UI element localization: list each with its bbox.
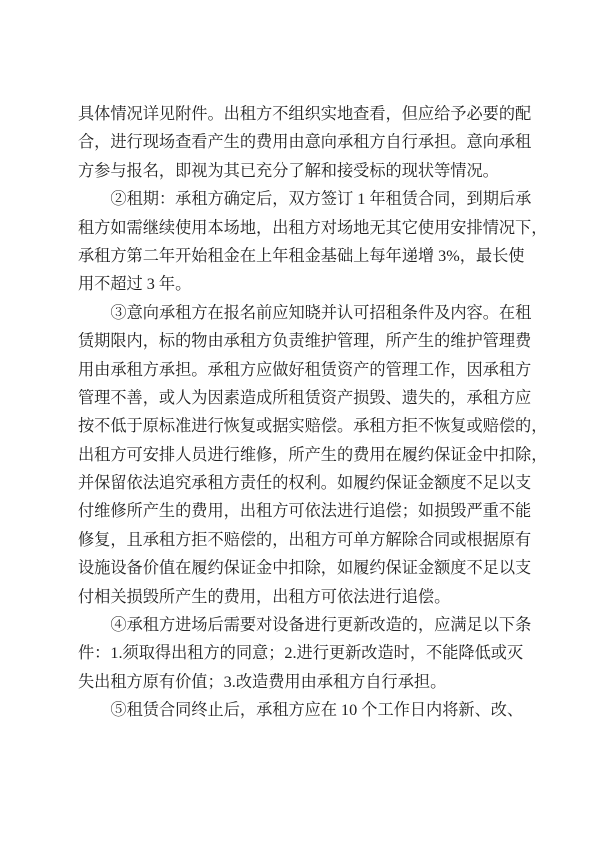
document-line: 件：1.须取得出租方的同意；2.进行更新改造时，不能降低或灭: [78, 639, 523, 667]
paragraph-site-inspection: 具体情况详见附件。出租方不组织实地查看，但应给予必要的配合，进行现场查看产生的费…: [78, 100, 523, 185]
document-line: 租方如需继续使用本场地，出租方对场地无其它使用安排情况下，: [78, 214, 523, 242]
document-line: 出租方可安排人员进行维修，所产生的费用在履约保证金中扣除，: [78, 441, 523, 469]
document-line: 赁期限内，标的物由承租方负责维护管理，所产生的维护管理费: [78, 327, 523, 355]
document-body: 具体情况详见附件。出租方不组织实地查看，但应给予必要的配合，进行现场查看产生的费…: [78, 100, 523, 725]
document-line: 按不低于原标准进行恢复或据实赔偿。承租方拒不恢复或赔偿的，: [78, 412, 523, 440]
document-line: 承租方第二年开始租金在上年租金基础上每年递增 3%，最长使: [78, 242, 523, 270]
document-line: 付维修所产生的费用，出租方可依法进行追偿；如损毁严重不能: [78, 497, 523, 525]
document-line: 修复，且承租方拒不赔偿的，出租方可单方解除合同或根据原有: [78, 526, 523, 554]
document-line: 失出租方原有价值；3.改造费用由承租方自行承担。: [78, 668, 523, 696]
document-line: 设施设备价值在履约保证金中扣除，如履约保证金额度不足以支: [78, 554, 523, 582]
document-line: 方参与报名，即视为其已充分了解和接受标的现状等情况。: [78, 157, 523, 185]
document-line: 用不超过 3 年。: [78, 270, 523, 298]
document-line: ⑤租赁合同终止后，承租方应在 10 个工作日内将新、改、: [78, 696, 523, 724]
paragraph-clause-2-lease-term: ②租期：承租方确定后，双方签订 1 年租赁合同，到期后承租方如需继续使用本场地，…: [78, 185, 523, 299]
paragraph-clause-5-contract-termination: ⑤租赁合同终止后，承租方应在 10 个工作日内将新、改、: [78, 696, 523, 724]
document-line: 用由承租方承担。承租方应做好租赁资产的管理工作，因承租方: [78, 356, 523, 384]
document-page: 具体情况详见附件。出租方不组织实地查看，但应给予必要的配合，进行现场查看产生的费…: [0, 0, 600, 848]
document-line: ③意向承租方在报名前应知晓并认可招租条件及内容。在租: [78, 299, 523, 327]
document-line: 管理不善，或人为因素造成所租赁资产损毁、遗失的，承租方应: [78, 384, 523, 412]
document-line: 付相关损毁所产生的费用，出租方可依法进行追偿。: [78, 583, 523, 611]
document-line: ②租期：承租方确定后，双方签订 1 年租赁合同，到期后承: [78, 185, 523, 213]
document-line: 具体情况详见附件。出租方不组织实地查看，但应给予必要的配: [78, 100, 523, 128]
document-line: ④承租方进场后需要对设备进行更新改造的，应满足以下条: [78, 611, 523, 639]
document-line: 并保留依法追究承租方责任的权利。如履约保证金额度不足以支: [78, 469, 523, 497]
document-line: 合，进行现场查看产生的费用由意向承租方自行承担。意向承租: [78, 128, 523, 156]
paragraph-clause-4-renovation-conditions: ④承租方进场后需要对设备进行更新改造的，应满足以下条件：1.须取得出租方的同意；…: [78, 611, 523, 696]
paragraph-clause-3-maintenance-liability: ③意向承租方在报名前应知晓并认可招租条件及内容。在租赁期限内，标的物由承租方负责…: [78, 299, 523, 611]
